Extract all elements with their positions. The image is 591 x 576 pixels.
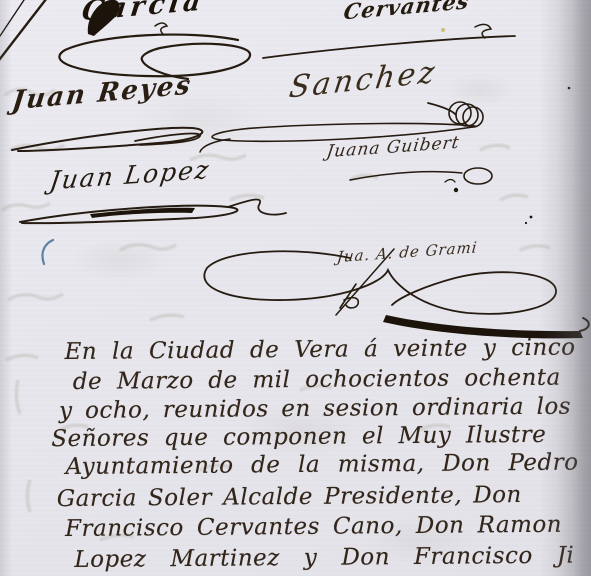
- rubric-diagonal: [336, 249, 394, 315]
- reyes-flourish: [12, 128, 202, 151]
- ink-speck: [568, 87, 571, 90]
- manuscript-scan: Garcia Cervantes Juan Reyes Sanchez Juan…: [0, 0, 591, 576]
- ink-flourishes: [0, 0, 589, 338]
- ink-speck: [525, 222, 527, 224]
- ink-speck: [530, 216, 533, 219]
- rubric-thick-stroke: [383, 315, 583, 338]
- guibert-loop: [464, 168, 492, 184]
- signature-flourishes: [0, 0, 591, 576]
- sanchez-long-loop: [212, 123, 475, 141]
- rubric-infinity-loop: [204, 251, 556, 314]
- sanchez-circle-1: [449, 102, 471, 124]
- topleft-stroke: [0, 0, 50, 64]
- cervantes-underline: [263, 36, 515, 58]
- lopez-thick-fill: [90, 208, 195, 218]
- blue-ink-mark: [42, 240, 53, 264]
- guibert-underline: [350, 172, 462, 180]
- garcia-flourish: [59, 35, 250, 79]
- topleft-stroke-2: [0, 0, 28, 36]
- yellow-fleck: [441, 28, 445, 32]
- rubric-end-hook: [580, 318, 589, 331]
- cervantes-mark: [475, 24, 491, 38]
- rubric-monogram: [340, 284, 358, 308]
- ink-speck: [454, 188, 458, 192]
- garcia-small-mark: [155, 23, 167, 34]
- guibert-mark: [445, 180, 455, 183]
- garcia-ink-blob: [88, 0, 120, 36]
